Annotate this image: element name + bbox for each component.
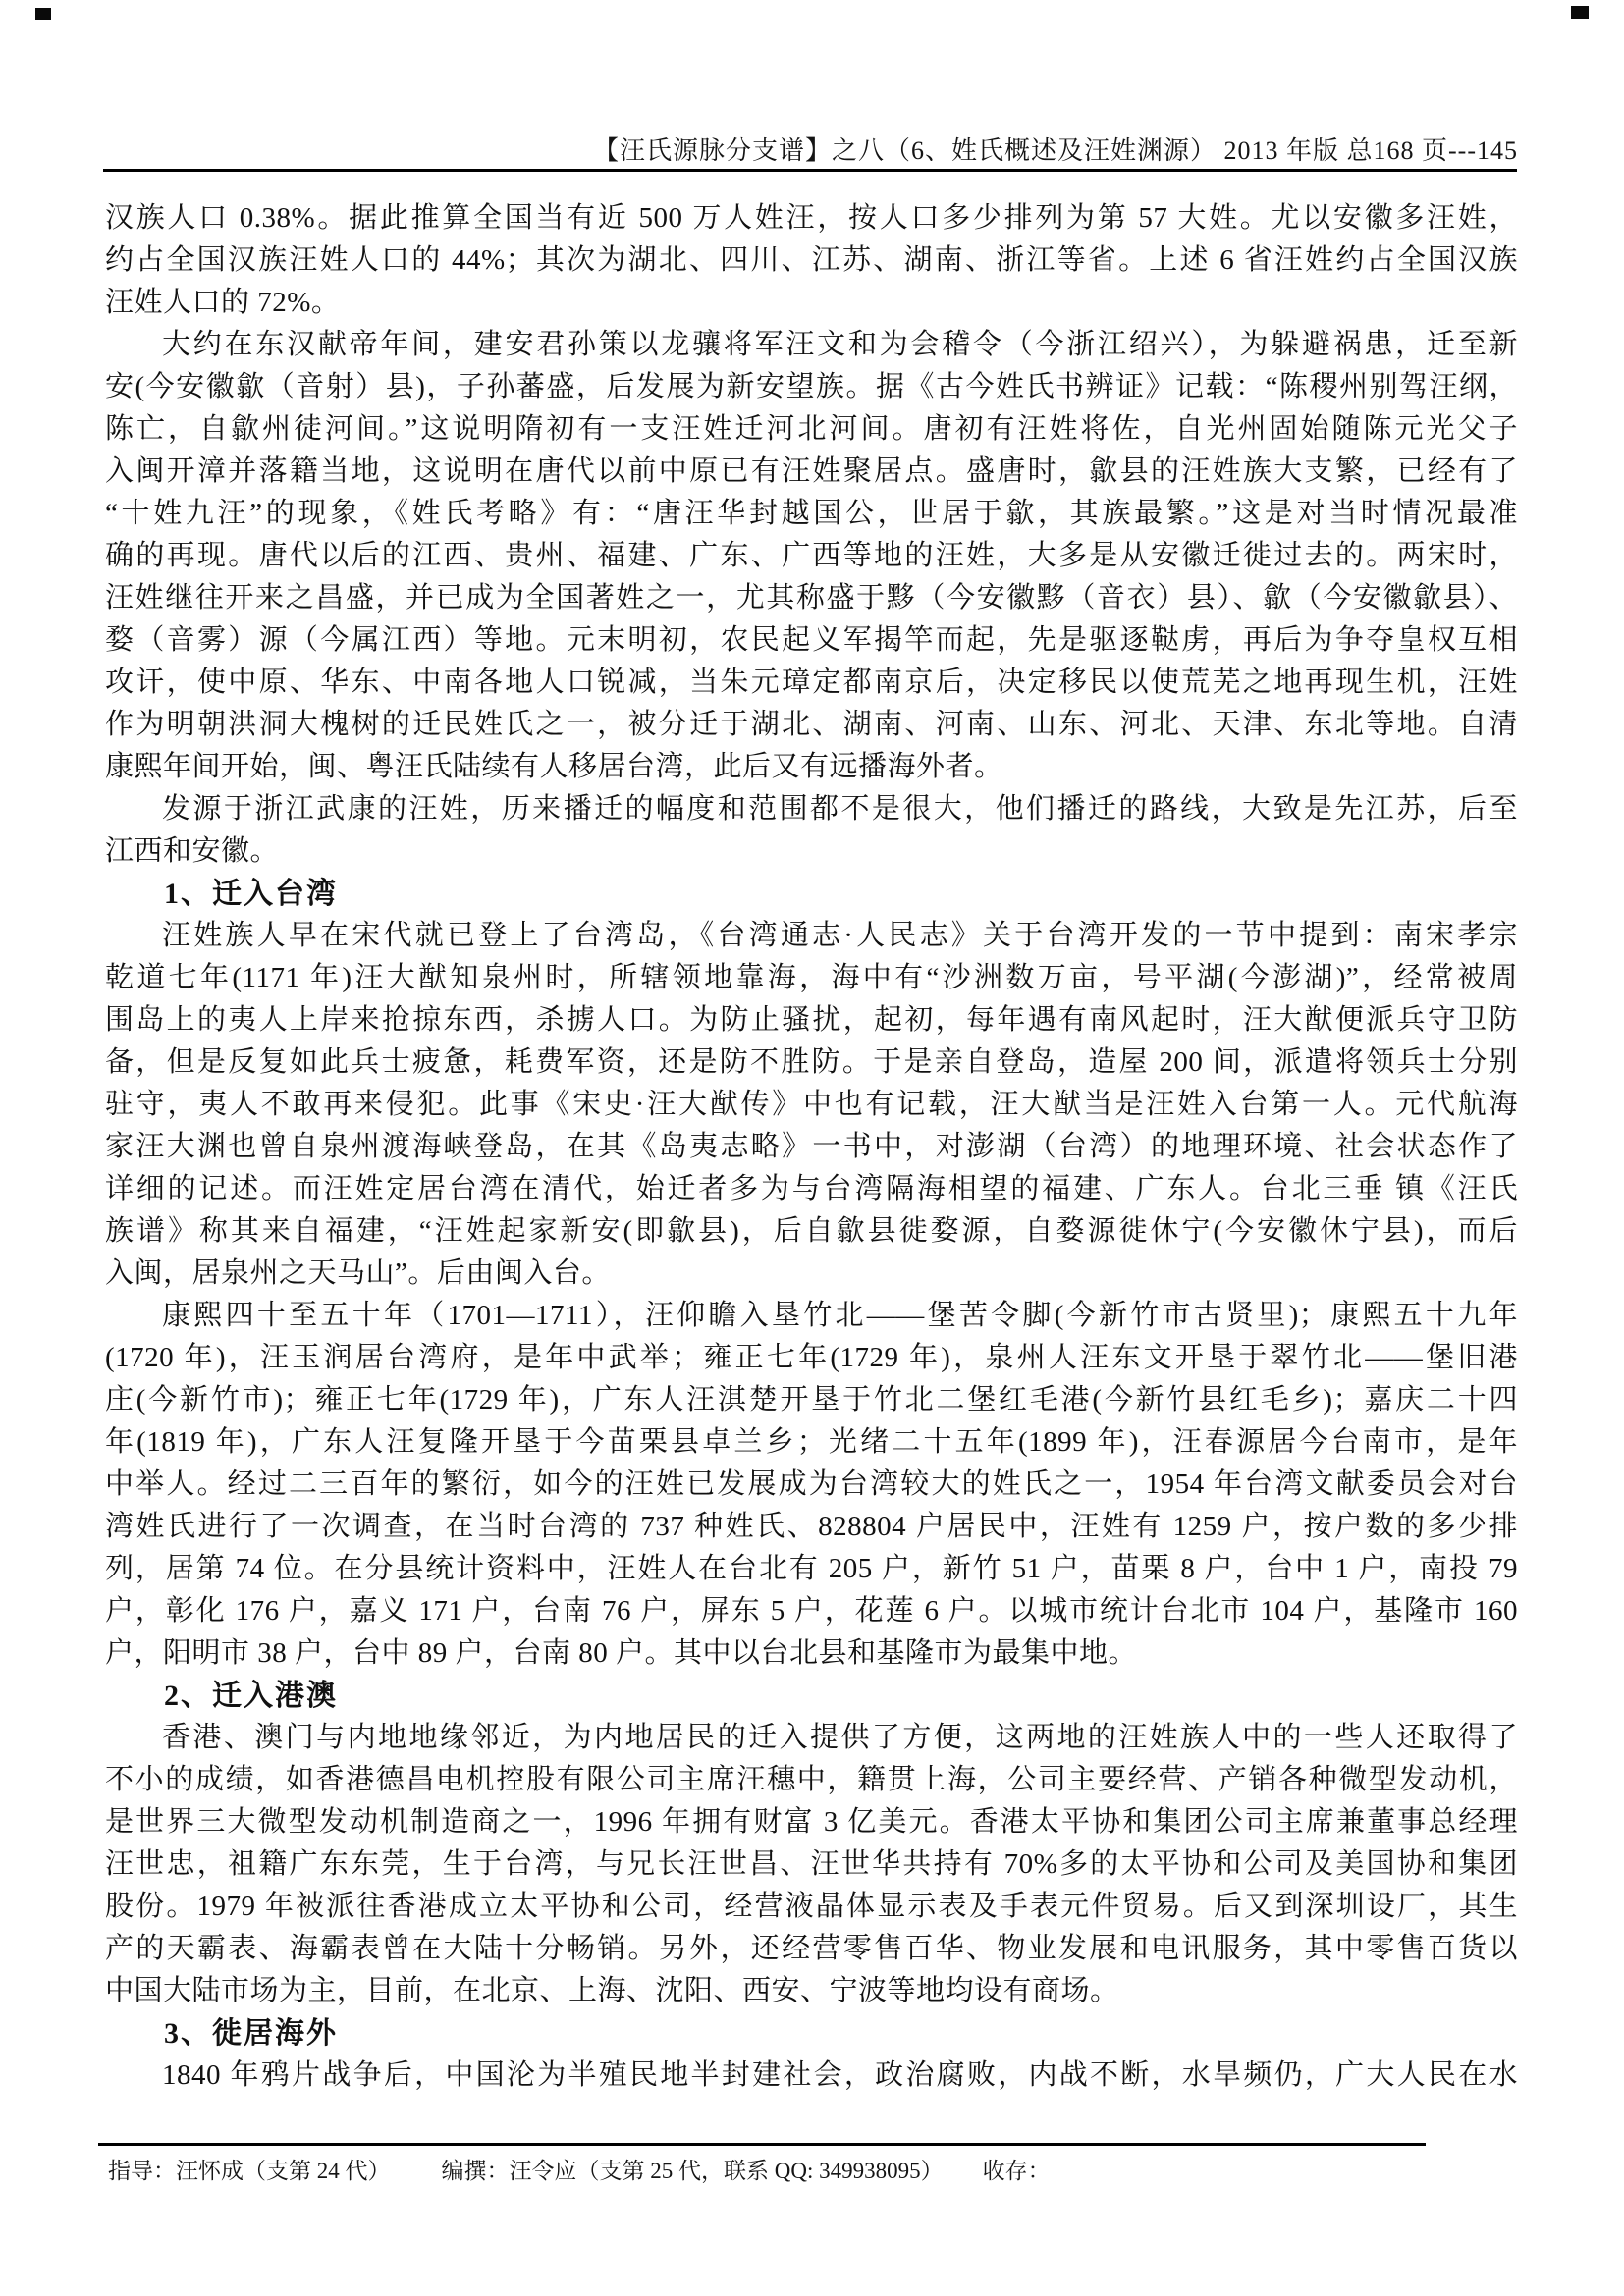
text-line: (1720 年)，汪玉润居台湾府，是年中武举；雍正七年(1729 年)，泉州人汪…	[105, 1337, 1518, 1379]
page-footer: 指导：汪怀成（支第 24 代）编撰：汪令应（支第 25 代，联系 QQ: 349…	[108, 2153, 1522, 2185]
text-line: 攻讦，使中原、华东、中南各地人口锐减，当朱元璋定都南京后，决定移民以使荒芜之地再…	[105, 662, 1518, 704]
text-line: 家汪大渊也曾自泉州渡海峡登岛，在其《岛夷志略》一书中，对澎湖（台湾）的地理环境、…	[105, 1126, 1518, 1168]
text-line: 股份。1979 年被派往香港成立太平协和公司，经营液晶体显示表及手表元件贸易。后…	[105, 1886, 1518, 1928]
paragraph-first-line: 香港、澳门与内地地缘邻近，为内地居民的迁入提供了方便，这两地的汪姓族人中的一些人…	[105, 1717, 1518, 1759]
paragraph-first-line: 发源于浙江武康的汪姓，历来播迁的幅度和范围都不是很大，他们播迁的路线，大致是先江…	[105, 788, 1518, 830]
footer-keeper: 收存：	[983, 2153, 1051, 2185]
section-heading: 3、徙居海外	[105, 2012, 1518, 2055]
text-line: 是世界三大微型发动机制造商之一，1996 年拥有财富 3 亿美元。香港太平协和集…	[105, 1801, 1518, 1843]
text-line: 汉族人口 0.38%。据此推算全国当有近 500 万人姓汪，按人口多少排列为第 …	[105, 197, 1518, 240]
text-line: 约占全国汉族汪姓人口的 44%；其次为湖北、四川、江苏、湖南、浙江等省。上述 6…	[105, 240, 1518, 282]
text-line: 安(今安徽歙（音射）县)，子孙蕃盛，后发展为新安望族。据《古今姓氏书辨证》记载：…	[105, 366, 1518, 408]
text-line: 陈亡，自歙州徒河间。”这说明隋初有一支汪姓迁河北河间。唐初有汪姓将佐，自光州固始…	[105, 408, 1518, 451]
scanned-genealogy-page: { "header": { "title": "【汪氏源脉分支谱】之八（6、姓氏…	[0, 0, 1624, 2296]
footer-mentor: 指导：汪怀成（支第 24 代）	[108, 2153, 391, 2185]
text-line: 确的再现。唐代以后的江西、贵州、福建、广东、广西等地的汪姓，大多是从安徽迁徙过去…	[105, 535, 1518, 577]
text-line: 乾道七年(1171 年)汪大猷知泉州时，所辖领地靠海，海中有“沙洲数万亩，号平湖…	[105, 957, 1518, 999]
section-heading: 1、迁入台湾	[105, 873, 1518, 915]
header-divider	[103, 169, 1517, 172]
text-line: 备，但是反复如此兵士疲惫，耗费军资，还是防不胜防。于是亲自登岛，造屋 200 间…	[105, 1041, 1518, 1084]
scan-artifact	[1571, 6, 1589, 19]
text-line: 列，居第 74 位。在分县统计资料中，汪姓人在台北有 205 户，新竹 51 户…	[105, 1548, 1518, 1590]
paragraph-first-line: 大约在东汉献帝年间，建安君孙策以龙骧将军汪文和为会稽令（今浙江绍兴），为躲避祸患…	[105, 324, 1518, 366]
section-heading: 2、迁入港澳	[105, 1675, 1518, 1717]
scan-artifact	[35, 8, 51, 20]
text-line: “十姓九汪”的现象，《姓氏考略》有：“唐汪华封越国公，世居于歙，其族最繁。”这是…	[105, 493, 1518, 535]
paragraph-last-line: 康熙年间开始，闽、粤汪氏陆续有人移居台湾，此后又有远播海外者。	[105, 746, 1518, 788]
paragraph-last-line: 江西和安徽。	[105, 830, 1518, 873]
text-line: 中举人。经过二三百年的繁衍，如今的汪姓已发展成为台湾较大的姓氏之一，1954 年…	[105, 1464, 1518, 1506]
paragraph-first-line: 1840 年鸦片战争后，中国沦为半殖民地半封建社会，政治腐败，内战不断，水旱频仍…	[105, 2055, 1518, 2097]
text-line: 不小的成绩，如香港德昌电机控股有限公司主席汪穗中，籍贯上海，公司主要经营、产销各…	[105, 1759, 1518, 1801]
paragraph-first-line: 康熙四十至五十年（1701—1711），汪仰瞻入垦竹北——堡苦令脚(今新竹市古贤…	[105, 1295, 1518, 1337]
text-line: 入闽开漳并落籍当地，这说明在唐代以前中原已有汪姓聚居点。盛唐时，歙县的汪姓族大支…	[105, 451, 1518, 493]
paragraph-last-line: 汪姓人口的 72%。	[105, 282, 1518, 324]
text-line: 详细的记述。而汪姓定居台湾在清代，始迁者多为与台湾隔海相望的福建、广东人。台北三…	[105, 1168, 1518, 1210]
text-line: 户，彰化 176 户，嘉义 171 户，台南 76 户，屏东 5 户，花莲 6 …	[105, 1590, 1518, 1632]
text-line: 汪姓继往开来之昌盛，并已成为全国著姓之一，尤其称盛于黟（今安徽黟（音衣）县）、歙…	[105, 577, 1518, 619]
text-line: 年(1819 年)，广东人汪复隆开垦于今苗栗县卓兰乡；光绪二十五年(1899 年…	[105, 1421, 1518, 1464]
text-line: 产的天霸表、海霸表曾在大陆十分畅销。另外，还经营零售百华、物业发展和电讯服务，其…	[105, 1928, 1518, 1970]
text-line: 庄(今新竹市)；雍正七年(1729 年)，广东人汪淇楚开垦于竹北二堡红毛港(今新…	[105, 1379, 1518, 1421]
text-line: 作为明朝洪洞大槐树的迁民姓氏之一，被分迁于湖北、湖南、河南、山东、河北、天津、东…	[105, 704, 1518, 746]
paragraph-last-line: 入闽，居泉州之天马山”。后由闽入台。	[105, 1253, 1518, 1295]
paragraph-last-line: 中国大陆市场为主，目前，在北京、上海、沈阳、西安、宁波等地均设有商场。	[105, 1970, 1518, 2012]
paragraph-last-line: 户，阳明市 38 户，台中 89 户，台南 80 户。其中以台北县和基隆市为最集…	[105, 1632, 1518, 1675]
text-line: 婺（音雾）源（今属江西）等地。元末明初，农民起义军揭竿而起，先是驱逐鞑虏，再后为…	[105, 619, 1518, 662]
text-line: 围岛上的夷人上岸来抢掠东西，杀掳人口。为防止骚扰，起初，每年遇有南风起时，汪大猷…	[105, 999, 1518, 1041]
paragraph-first-line: 汪姓族人早在宋代就已登上了台湾岛，《台湾通志·人民志》关于台湾开发的一节中提到：…	[105, 915, 1518, 957]
page-header-title: 【汪氏源脉分支谱】之八（6、姓氏概述及汪姓渊源） 2013 年版 总168 页-…	[105, 131, 1518, 167]
footer-divider	[98, 2143, 1426, 2146]
text-line: 驻守，夷人不敢再来侵犯。此事《宋史·汪大猷传》中也有记载，汪大猷当是汪姓入台第一…	[105, 1084, 1518, 1126]
text-line: 汪世忠，祖籍广东东莞，生于台湾，与兄长汪世昌、汪世华共持有 70%多的太平协和公…	[105, 1843, 1518, 1886]
document-body: 汉族人口 0.38%。据此推算全国当有近 500 万人姓汪，按人口多少排列为第 …	[105, 197, 1518, 2097]
text-line: 族谱》称其来自福建，“汪姓起家新安(即歙县)，后自歙县徙婺源，自婺源徙休宁(今安…	[105, 1210, 1518, 1253]
text-line: 湾姓氏进行了一次调查，在当时台湾的 737 种姓氏、828804 户居民中，汪姓…	[105, 1506, 1518, 1548]
footer-editor: 编撰：汪令应（支第 25 代，联系 QQ: 349938095）	[442, 2153, 944, 2185]
